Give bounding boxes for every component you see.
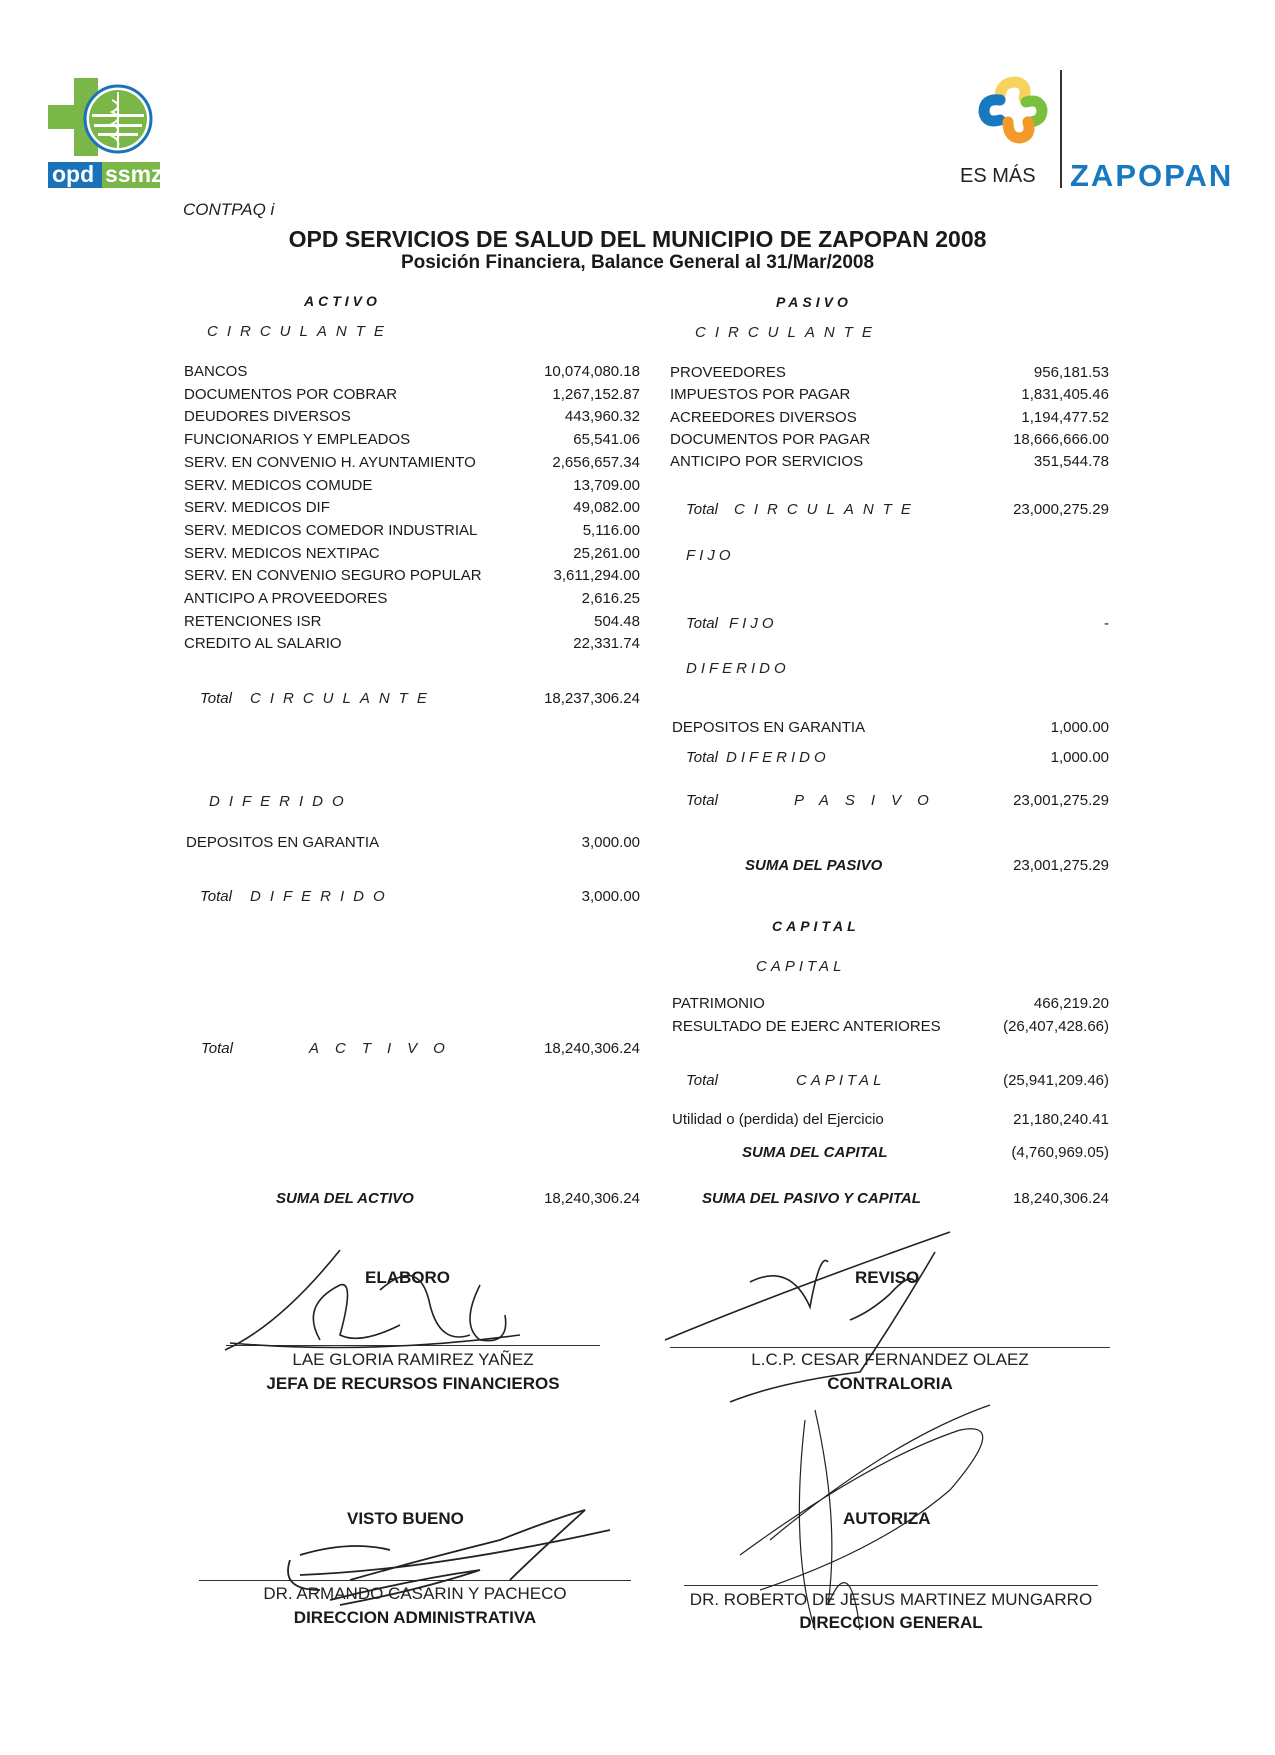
document-subtitle: Posición Financiera, Balance General al … (0, 252, 1275, 274)
account-label: PROVEEDORES (670, 364, 786, 381)
activo-total-label: ACTIVO (309, 1040, 461, 1057)
account-label: SERV. EN CONVENIO SEGURO POPULAR (184, 567, 482, 584)
account-amount: 65,541.06 (500, 431, 640, 448)
activo-circulante-total-label: CIRCULANTE (250, 690, 436, 707)
handwritten-signature-icon (660, 1232, 960, 1402)
suma-pasivo-capital-label: SUMA DEL PASIVO Y CAPITAL (702, 1190, 921, 1207)
capital-heading: CAPITAL (772, 918, 860, 934)
capital-item-label: PATRIMONIO (672, 995, 765, 1012)
document-title: OPD SERVICIOS DE SALUD DEL MUNICIPIO DE … (0, 226, 1275, 253)
account-amount: 956,181.53 (969, 364, 1109, 381)
activo-circulante-total-word: Total (200, 690, 232, 707)
pasivo-total-label: PASIVO (794, 792, 945, 809)
activo-diferido-heading: DIFERIDO (209, 793, 353, 810)
account-amount: 25,261.00 (500, 545, 640, 562)
pasivo-diferido-item-label: DEPOSITOS EN GARANTIA (672, 719, 865, 736)
activo-diferido-total-label: DIFERIDO (250, 888, 394, 905)
zapopan-knot-icon (960, 64, 1070, 154)
account-amount: 49,082.00 (500, 499, 640, 516)
logo-text-opd: opd (52, 161, 94, 188)
account-amount: 22,331.74 (500, 635, 640, 652)
activo-circulante-total: 18,237,306.24 (500, 690, 640, 707)
account-label: SERV. MEDICOS COMEDOR INDUSTRIAL (184, 522, 477, 539)
account-amount: 2,616.25 (500, 590, 640, 607)
account-label: CREDITO AL SALARIO (184, 635, 342, 652)
activo-diferido-total-word: Total (200, 888, 232, 905)
account-label: ACREEDORES DIVERSOS (670, 409, 857, 426)
pasivo-circulante-heading: CIRCULANTE (695, 324, 881, 341)
capital-total-label: CAPITAL (796, 1072, 885, 1089)
account-label: FUNCIONARIOS Y EMPLEADOS (184, 431, 410, 448)
suma-activo: 18,240,306.24 (500, 1190, 640, 1207)
activo-total: 18,240,306.24 (500, 1040, 640, 1057)
pasivo-circulante-total: 23,000,275.29 (969, 501, 1109, 518)
logo-brand: ZAPOPAN (1070, 158, 1233, 194)
account-amount: 351,544.78 (969, 453, 1109, 470)
pasivo-diferido-total-word: Total (686, 749, 718, 766)
utilidad-label: Utilidad o (perdida) del Ejercicio (672, 1111, 884, 1128)
pasivo-total-word: Total (686, 792, 718, 809)
pasivo-diferido-heading: DIFERIDO (686, 660, 790, 677)
account-label: ANTICIPO POR SERVICIOS (670, 453, 863, 470)
logo-tagline: ES MÁS (960, 165, 1036, 188)
activo-total-word: Total (201, 1040, 233, 1057)
activo-diferido-total: 3,000.00 (500, 888, 640, 905)
account-amount: 13,709.00 (500, 477, 640, 494)
account-label: SERV. MEDICOS NEXTIPAC (184, 545, 380, 562)
logo-divider (1060, 70, 1062, 188)
account-amount: 18,666,666.00 (969, 431, 1109, 448)
pasivo-fijo-total: - (969, 615, 1109, 632)
signer-department: JEFA DE RECURSOS FINANCIEROS (226, 1374, 600, 1394)
pasivo-diferido-item-amount: 1,000.00 (969, 719, 1109, 736)
account-amount: 1,194,477.52 (969, 409, 1109, 426)
account-label: SERV. EN CONVENIO H. AYUNTAMIENTO (184, 454, 476, 471)
account-label: SERV. MEDICOS COMUDE (184, 477, 372, 494)
suma-pasivo: 23,001,275.29 (969, 857, 1109, 874)
zapopan-logo: ES MÁS ZAPOPAN (960, 64, 1260, 194)
capital-item-amount: (26,407,428.66) (969, 1018, 1109, 1035)
pasivo-heading: PASIVO (776, 294, 852, 310)
capital-item-amount: 466,219.20 (969, 995, 1109, 1012)
handwritten-signature-icon (270, 1500, 630, 1610)
activo-diferido-item-amount: 3,000.00 (500, 834, 640, 851)
opd-ssmz-logo: opd ssmz (48, 78, 160, 190)
account-amount: 443,960.32 (500, 408, 640, 425)
account-label: SERV. MEDICOS DIF (184, 499, 330, 516)
account-label: BANCOS (184, 363, 247, 380)
signer-department: DIRECCION ADMINISTRATIVA (199, 1608, 631, 1628)
account-amount: 1,267,152.87 (500, 386, 640, 403)
account-amount: 10,074,080.18 (500, 363, 640, 380)
handwritten-signature-icon (730, 1400, 1000, 1640)
suma-pasivo-capital: 18,240,306.24 (969, 1190, 1109, 1207)
account-label: DOCUMENTOS POR PAGAR (670, 431, 870, 448)
account-amount: 2,656,657.34 (500, 454, 640, 471)
pasivo-fijo-heading: FIJO (686, 547, 735, 564)
account-label: IMPUESTOS POR PAGAR (670, 386, 850, 403)
pasivo-diferido-total: 1,000.00 (969, 749, 1109, 766)
account-label: RETENCIONES ISR (184, 613, 322, 630)
pasivo-circulante-total-label: CIRCULANTE (734, 501, 920, 518)
pasivo-diferido-total-label: DIFERIDO (726, 749, 830, 766)
software-label: CONTPAQ i (183, 200, 274, 220)
account-amount: 3,611,294.00 (500, 567, 640, 584)
suma-activo-label: SUMA DEL ACTIVO (276, 1190, 414, 1207)
suma-pasivo-label: SUMA DEL PASIVO (745, 857, 882, 874)
capital-item-label: RESULTADO DE EJERC ANTERIORES (672, 1018, 941, 1035)
pasivo-circulante-total-word: Total (686, 501, 718, 518)
activo-diferido-item-label: DEPOSITOS EN GARANTIA (186, 834, 379, 851)
utilidad-amount: 21,180,240.41 (969, 1111, 1109, 1128)
capital-subheading: CAPITAL (756, 958, 845, 975)
pasivo-fijo-total-label: FIJO (729, 615, 778, 632)
suma-capital: (4,760,969.05) (969, 1144, 1109, 1161)
activo-circulante-heading: CIRCULANTE (207, 323, 393, 340)
pasivo-total: 23,001,275.29 (969, 792, 1109, 809)
handwritten-signature-icon (220, 1245, 560, 1355)
pasivo-fijo-total-word: Total (686, 615, 718, 632)
capital-total: (25,941,209.46) (969, 1072, 1109, 1089)
account-label: DEUDORES DIVERSOS (184, 408, 351, 425)
capital-total-word: Total (686, 1072, 718, 1089)
account-amount: 1,831,405.46 (969, 386, 1109, 403)
suma-capital-label: SUMA DEL CAPITAL (742, 1144, 888, 1161)
account-amount: 5,116.00 (500, 522, 640, 539)
account-amount: 504.48 (500, 613, 640, 630)
account-label: DOCUMENTOS POR COBRAR (184, 386, 397, 403)
activo-heading: ACTIVO (304, 293, 381, 309)
account-label: ANTICIPO A PROVEEDORES (184, 590, 387, 607)
logo-text-ssmz: ssmz (105, 161, 163, 188)
